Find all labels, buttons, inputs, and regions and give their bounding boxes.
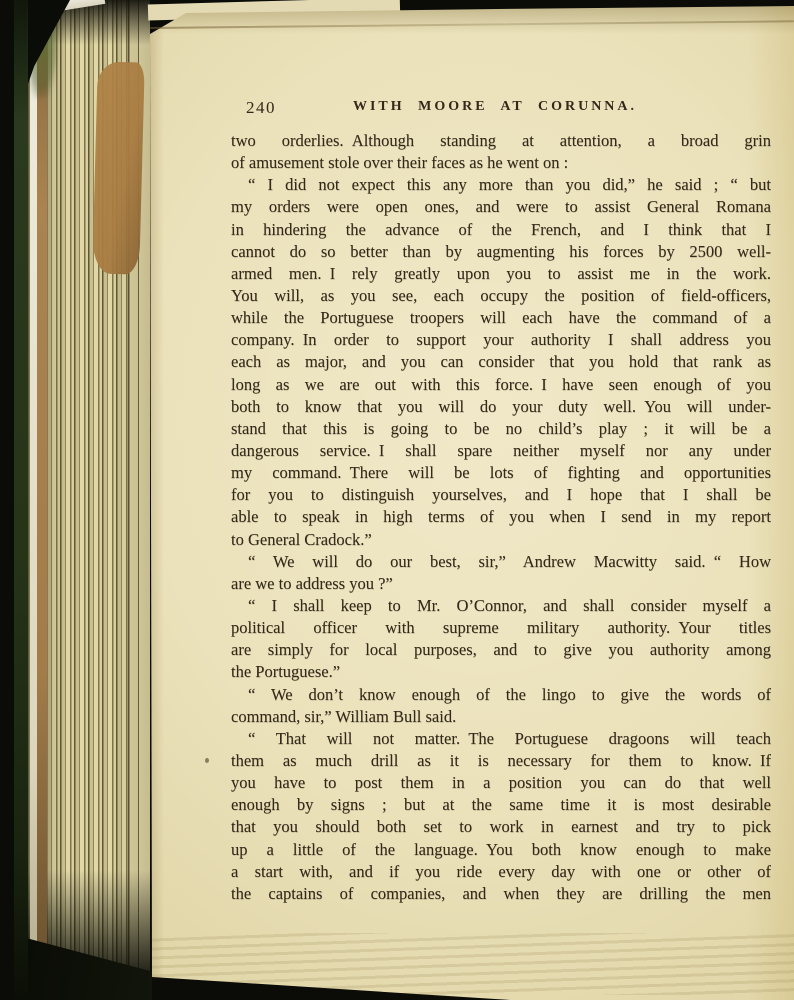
text-line: you have to post them in a position you …	[231, 772, 771, 794]
text-line: able to speak in high terms of you when …	[231, 506, 771, 528]
text-line: of amusement stole over their faces as h…	[231, 152, 771, 174]
text-line: “ That will not matter. The Portuguese d…	[231, 728, 771, 750]
text-line: political officer with supreme military …	[231, 617, 771, 639]
folio-number: 240	[246, 98, 276, 118]
running-title: WITH MOORE AT CORUNNA.	[231, 97, 771, 115]
text-line: “ I did not expect this any more than yo…	[231, 174, 771, 196]
text-line: “ I shall keep to Mr. O’Connor, and shal…	[231, 595, 771, 617]
text-line: for you to distinguish yourselves, and I…	[231, 484, 771, 506]
text-line: stand that this is going to be no child’…	[231, 418, 771, 440]
text-line: a start with, and if you ride every day …	[231, 861, 771, 883]
text-line: each as major, and you can consider that…	[231, 351, 771, 373]
text-line: company. In order to support your author…	[231, 329, 771, 351]
text-line: dangerous service. I shall spare neither…	[231, 440, 771, 462]
text-line: cannot do so better than by augmenting h…	[231, 241, 771, 263]
text-line: while the Portuguese troopers will each …	[231, 307, 771, 329]
text-line: “ We don’t know enough of the lingo to g…	[231, 684, 771, 706]
text-line: both to know that you will do your duty …	[231, 396, 771, 418]
text-line: enough by signs ; but at the same time i…	[231, 794, 771, 816]
page-content: 240 WITH MOORE AT CORUNNA. two orderlies…	[231, 97, 771, 905]
dust-speck	[205, 758, 209, 763]
scanned-book-photo: 240 WITH MOORE AT CORUNNA. two orderlies…	[0, 0, 794, 1000]
text-line: my orders were open ones, and were to as…	[231, 196, 771, 218]
text-line: to General Cradock.”	[231, 529, 771, 551]
text-line: are we to address you ?”	[231, 573, 771, 595]
torn-page-edge	[92, 61, 145, 274]
text-line: long as we are out with this force. I ha…	[231, 374, 771, 396]
page-edge-tan-strip	[37, 22, 47, 948]
text-line: the Portuguese.”	[231, 661, 771, 683]
text-line: “ We will do our best, sir,” Andrew Macw…	[231, 551, 771, 573]
text-line: two orderlies. Although standing at atte…	[231, 130, 771, 152]
text-block: two orderlies. Although standing at atte…	[231, 130, 771, 905]
text-line: them as much drill as it is necessary fo…	[231, 750, 771, 772]
page-edge-white-strip	[30, 16, 37, 950]
text-line: up a little of the language. You both kn…	[231, 839, 771, 861]
text-line: armed men. I rely greatly upon you to as…	[231, 263, 771, 285]
page-header: 240 WITH MOORE AT CORUNNA.	[231, 97, 771, 117]
text-line: You will, as you see, each occupy the po…	[231, 285, 771, 307]
text-line: my command. There will be lots of fighti…	[231, 462, 771, 484]
text-line: the captains of companies, and when they…	[231, 883, 771, 905]
text-line: in hindering the advance of the French, …	[231, 219, 771, 241]
text-line: that you should both set to work in earn…	[231, 816, 771, 838]
text-line: are simply for local purposes, and to gi…	[231, 639, 771, 661]
text-line: command, sir,” William Bull said.	[231, 706, 771, 728]
